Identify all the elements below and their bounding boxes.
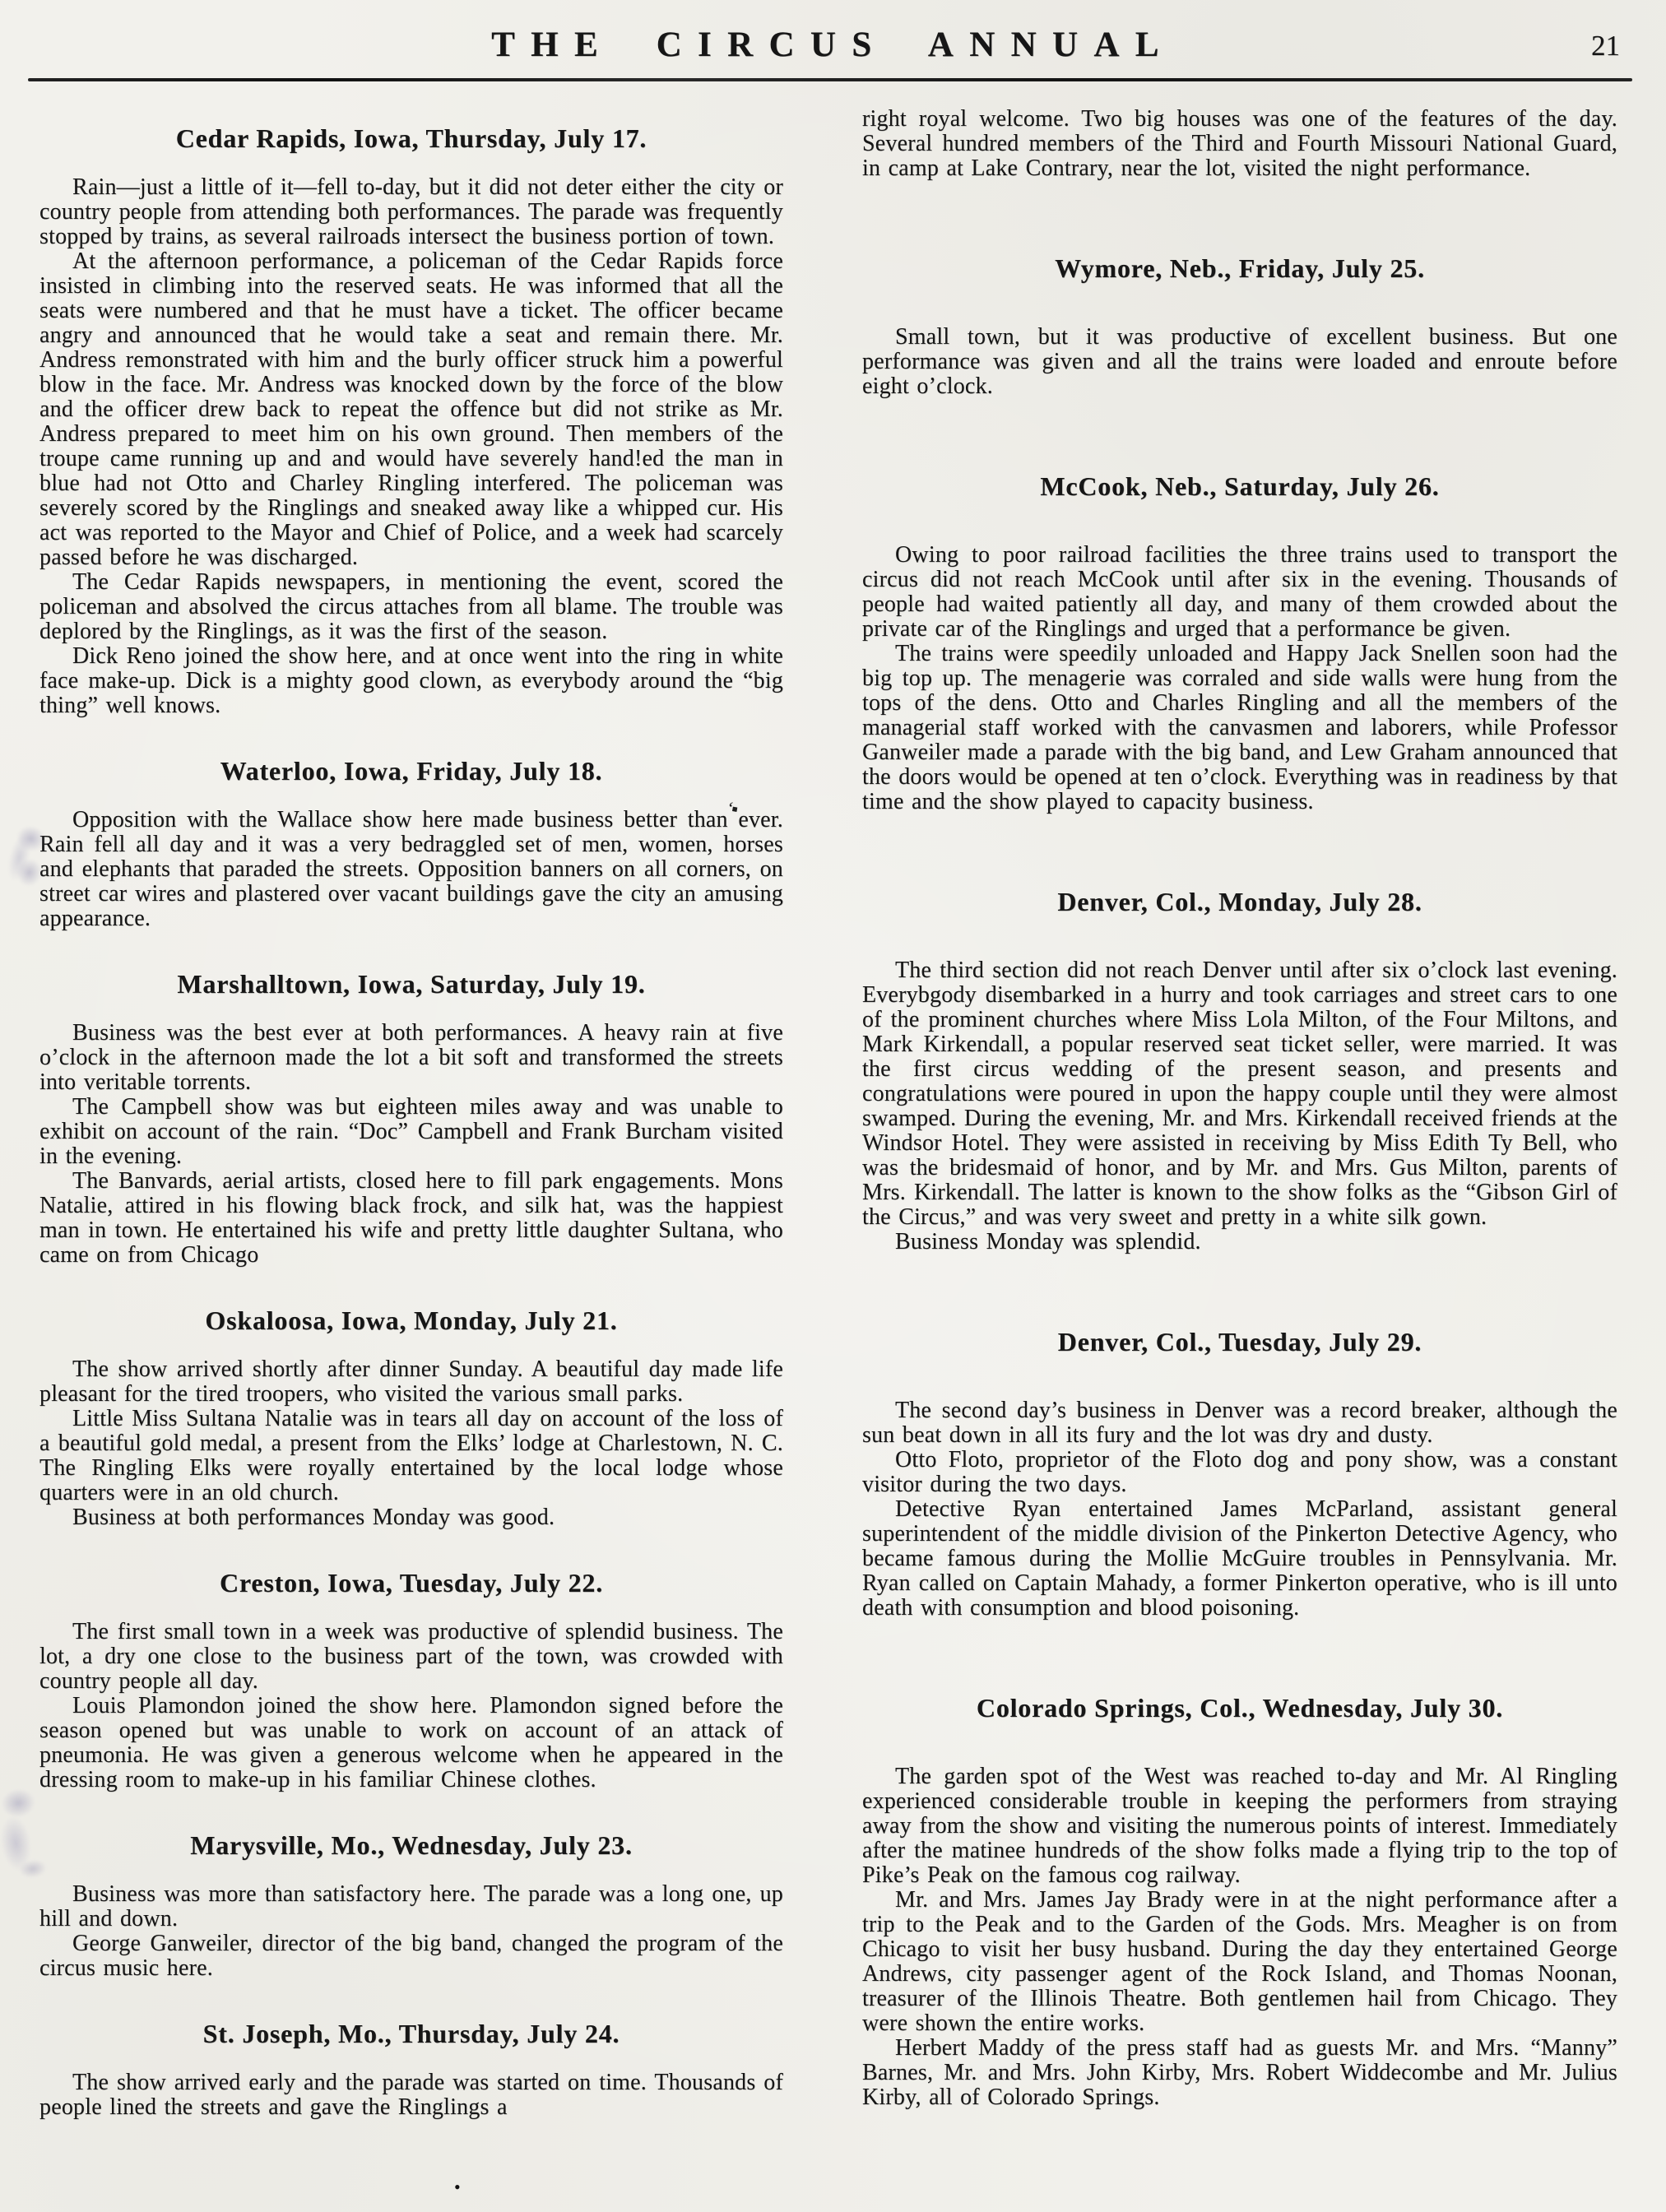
page-number: 21 [1591,30,1620,63]
stray-dot-mark: • [454,2177,461,2198]
article-paragraph: The second day’s business in Denver was … [862,1398,1617,1448]
article-paragraph: Business was the best ever at both perfo… [39,1021,783,1095]
article-paragraph: Dick Reno joined the show here, and at o… [39,644,783,718]
article-paragraph: The trains were speedily unloaded and Ha… [862,642,1617,814]
article-paragraph: The show arrived shortly after dinner Su… [39,1357,783,1407]
dateline-heading: St. Joseph, Mo., Thursday, July 24. [39,2019,783,2049]
dateline-heading: Oskaloosa, Iowa, Monday, July 21. [39,1305,783,1336]
header-rule [28,78,1632,81]
dateline-heading: Colorado Springs, Col., Wednesday, July … [862,1693,1617,1723]
column-right: right royal welcome. Two big houses was … [862,107,1617,2120]
article-paragraph: The first small town in a week was produ… [39,1620,783,1694]
dateline-heading: Marshalltown, Iowa, Saturday, July 19. [39,969,783,999]
dateline-heading: McCook, Neb., Saturday, July 26. [862,471,1617,502]
article-paragraph: Rain—just a little of it—fell to-day, bu… [39,175,783,249]
article-paragraph: At the afternoon performance, a policema… [39,249,783,570]
dateline-heading: Creston, Iowa, Tuesday, July 22. [39,1568,783,1598]
masthead: THE CIRCUS ANNUAL [0,25,1666,65]
article-paragraph: The show arrived early and the parade wa… [39,2071,783,2120]
page-title: THE CIRCUS ANNUAL [491,25,1175,65]
article-paragraph: Detective Ryan entertained James McParla… [862,1497,1617,1621]
article-paragraph: Business Monday was splendid. [862,1230,1617,1254]
article-paragraph: Small town, but it was productive of exc… [862,325,1617,399]
article-paragraph: Little Miss Sultana Natalie was in tears… [39,1407,783,1505]
scanned-book-page: THE CIRCUS ANNUAL 21 Cedar Rapids, Iowa,… [0,0,1666,2212]
article-paragraph: The garden spot of the West was reached … [862,1764,1617,1888]
article-paragraph: Mr. and Mrs. James Jay Brady were in at … [862,1888,1617,2036]
article-paragraph: The Campbell show was but eighteen miles… [39,1095,783,1169]
dateline-heading: Marysville, Mo., Wednesday, July 23. [39,1830,783,1861]
dateline-heading: Waterloo, Iowa, Friday, July 18. [39,756,783,786]
column-left: Cedar Rapids, Iowa, Thursday, July 17.Ra… [39,107,783,2120]
article-paragraph: Herbert Maddy of the press staff had as … [862,2036,1617,2110]
dateline-heading: Denver, Col., Monday, July 28. [862,887,1617,917]
text-columns: Cedar Rapids, Iowa, Thursday, July 17.Ra… [39,107,1627,2120]
dateline-heading: Cedar Rapids, Iowa, Thursday, July 17. [39,123,783,154]
article-paragraph: Opposition with the Wallace show here ma… [39,808,783,931]
article-paragraph: Business was more than satisfactory here… [39,1882,783,1931]
article-paragraph: Owing to poor railroad facilities the th… [862,543,1617,642]
article-paragraph: The Cedar Rapids newspapers, in mentioni… [39,570,783,644]
article-paragraph: The third section did not reach Denver u… [862,958,1617,1230]
article-paragraph: Business at both performances Monday was… [39,1505,783,1530]
dateline-heading: Denver, Col., Tuesday, July 29. [862,1327,1617,1357]
article-paragraph: Louis Plamondon joined the show here. Pl… [39,1694,783,1792]
article-paragraph: The Banvards, aerial artists, closed her… [39,1169,783,1268]
article-paragraph: Otto Floto, proprietor of the Floto dog … [862,1448,1617,1497]
dateline-heading: Wymore, Neb., Friday, July 25. [862,253,1617,284]
article-paragraph: George Ganweiler, director of the big ba… [39,1931,783,1981]
article-paragraph: right royal welcome. Two big houses was … [862,107,1617,181]
